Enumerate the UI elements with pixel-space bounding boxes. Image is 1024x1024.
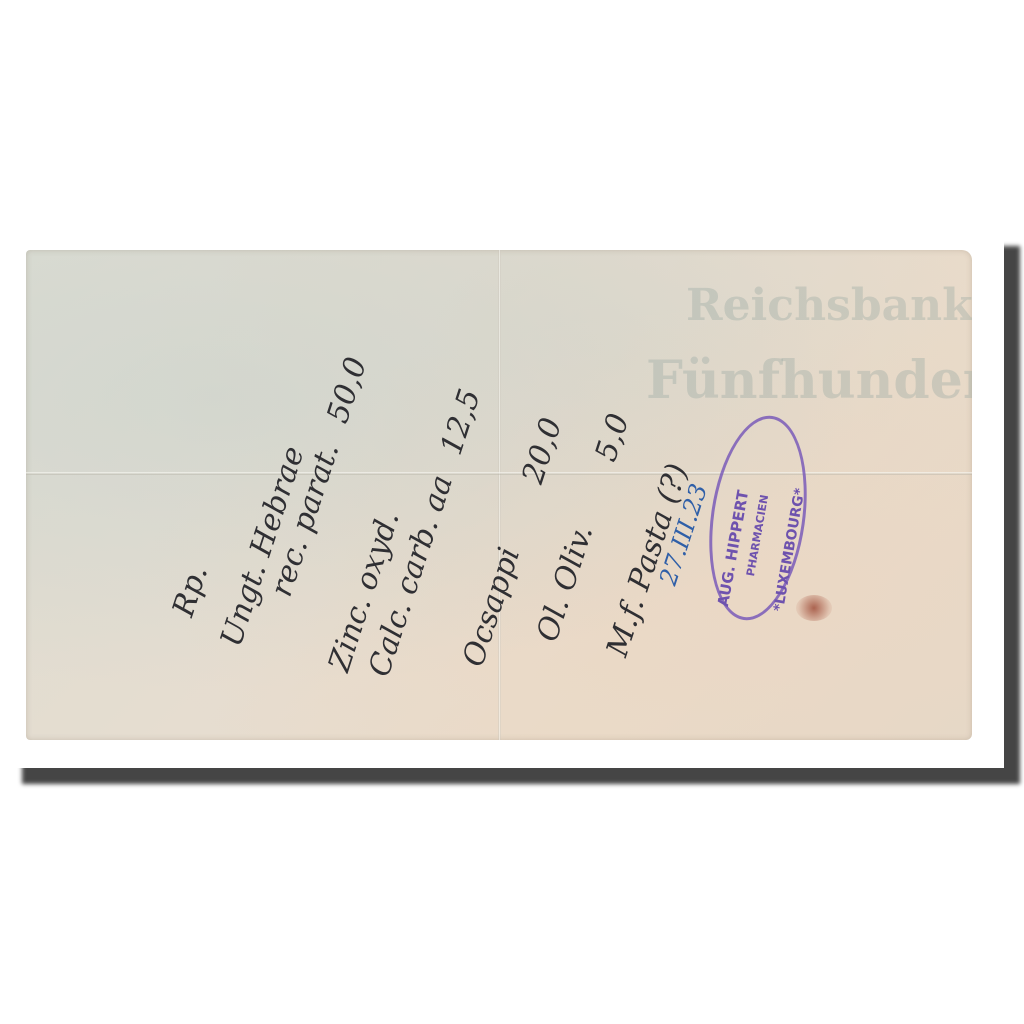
horizontal-fold xyxy=(26,472,972,475)
printed-ghost-denomination: Fünfhundert Mark xyxy=(646,350,972,411)
banknote: Reichsbanknote Fünfhundert Mark Rp. Ungt… xyxy=(26,250,972,740)
vertical-fold xyxy=(498,250,501,740)
stain-spot xyxy=(796,595,832,621)
prescription-header: Rp. xyxy=(166,561,215,621)
printed-ghost-title: Reichsbanknote xyxy=(686,280,972,331)
